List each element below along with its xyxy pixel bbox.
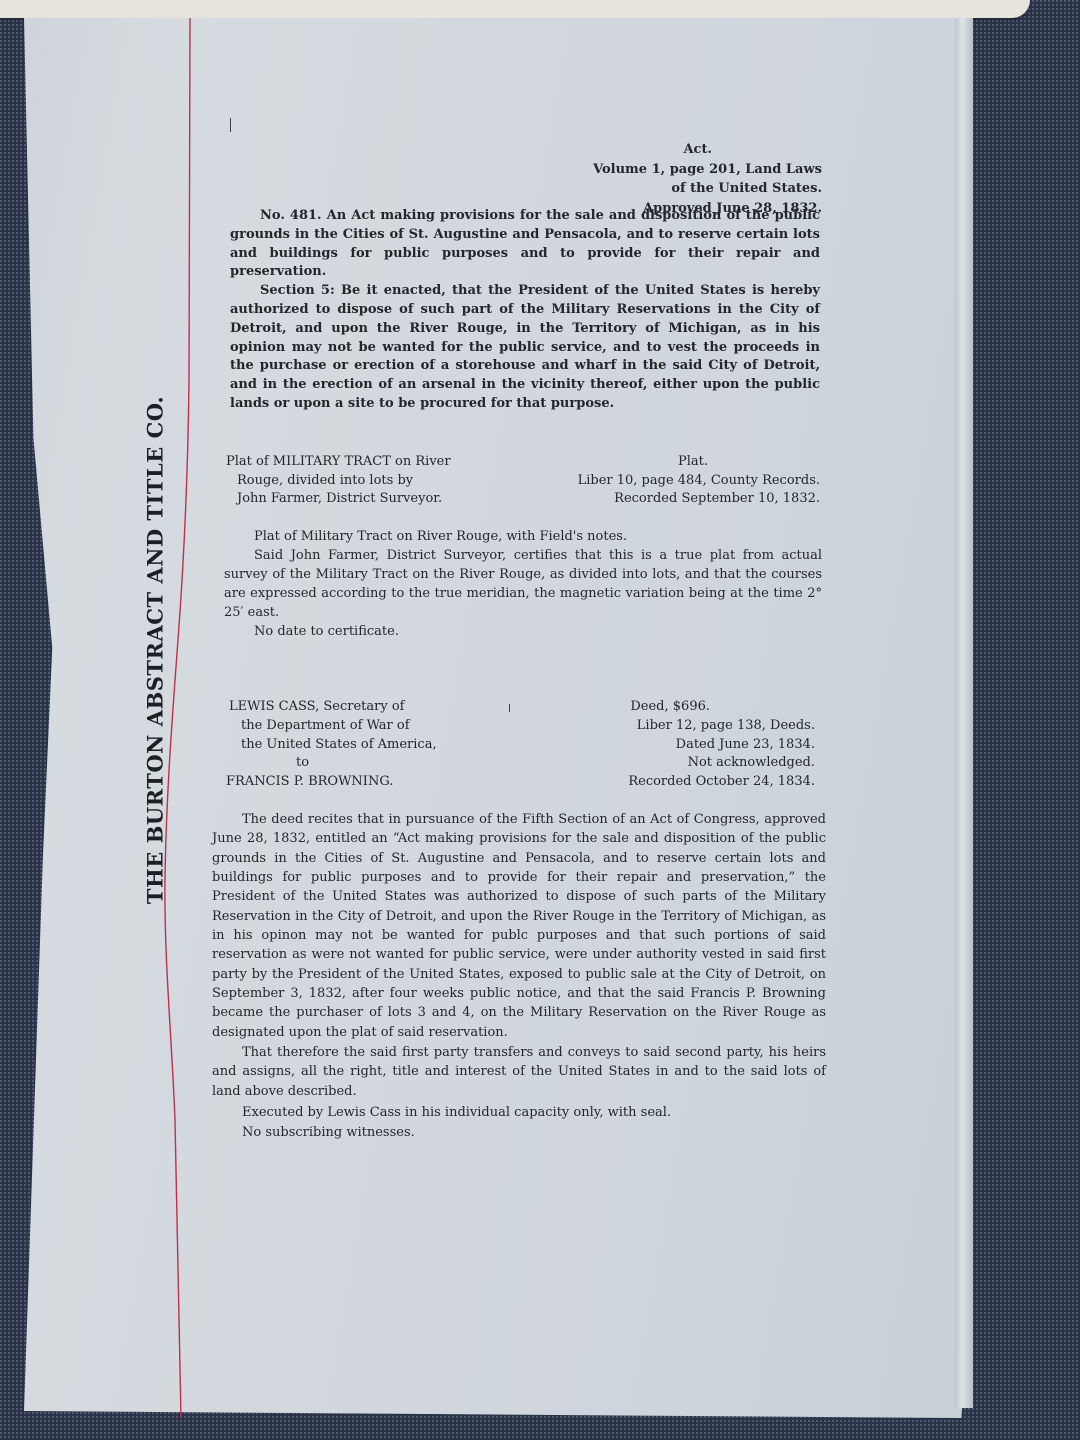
plat-party-line: Plat of MILITARY TRACT on River xyxy=(226,453,526,472)
plat-entry-record: Plat. Liber 10, page 484, County Records… xyxy=(520,453,820,509)
deed-witnesses-line: No subscribing witnesses. xyxy=(212,1123,826,1142)
plat-body-line: No date to certificate. xyxy=(224,622,822,641)
plat-entry-body: Plat of Military Tract on River Rouge, w… xyxy=(224,527,822,641)
deed-execution-line: Executed by Lewis Cass in his individual… xyxy=(212,1103,826,1122)
company-name-vertical: THE BURTON ABSTRACT AND TITLE CO. xyxy=(143,396,168,904)
underlying-page-edge xyxy=(0,0,1030,18)
deed-record-line: Liber 12, page 138, Deeds. xyxy=(515,717,815,736)
plat-entry-parties: Plat of MILITARY TRACT on River Rouge, d… xyxy=(226,453,526,509)
deed-recital-paragraph: The deed recites that in pursuance of th… xyxy=(212,810,826,1042)
plat-body-paragraph: Said John Farmer, District Surveyor, cer… xyxy=(224,546,822,622)
deed-grantor-line: the United States of America, xyxy=(226,736,526,755)
stray-mark xyxy=(230,118,231,132)
deed-grantor: LEWIS CASS, Secretary of xyxy=(226,698,526,717)
deed-record-type: Deed, $696. xyxy=(515,698,815,717)
deed-entry-record: Deed, $696. Liber 12, page 138, Deeds. D… xyxy=(515,698,815,792)
act-text: No. 481. An Act making provisions for th… xyxy=(230,207,820,414)
plat-party-line: Rouge, divided into lots by xyxy=(226,472,526,491)
stray-mark xyxy=(509,704,510,712)
deed-record-line: Not acknowledged. xyxy=(515,754,815,773)
act-paragraph: No. 481. An Act making provisions for th… xyxy=(230,207,820,282)
act-header-line: Volume 1, page 201, Land Laws xyxy=(560,160,822,180)
plat-record-line: Liber 10, page 484, County Records. xyxy=(520,472,820,491)
plat-body-line: Plat of Military Tract on River Rouge, w… xyxy=(224,527,822,546)
act-header-title: Act. xyxy=(560,140,822,160)
plat-party-line: John Farmer, District Surveyor. xyxy=(226,490,526,509)
deed-entry-parties: LEWIS CASS, Secretary of the Department … xyxy=(226,698,526,792)
deed-conveyance-paragraph: That therefore the said first party tran… xyxy=(212,1043,826,1101)
page-stack-edge xyxy=(955,18,973,1408)
deed-entry-body: The deed recites that in pursuance of th… xyxy=(212,810,826,1142)
deed-record-line: Recorded October 24, 1834. xyxy=(515,773,815,792)
plat-record-line: Recorded September 10, 1832. xyxy=(520,490,820,509)
act-section-paragraph: Section 5: Be it enacted, that the Presi… xyxy=(230,282,820,414)
deed-grantee: FRANCIS P. BROWNING. xyxy=(226,773,526,792)
plat-record-type: Plat. xyxy=(520,453,820,472)
deed-record-line: Dated June 23, 1834. xyxy=(515,736,815,755)
deed-grantor-line: the Department of War of xyxy=(226,717,526,736)
act-header-line: of the United States. xyxy=(560,179,822,199)
deed-to: to xyxy=(226,754,526,773)
